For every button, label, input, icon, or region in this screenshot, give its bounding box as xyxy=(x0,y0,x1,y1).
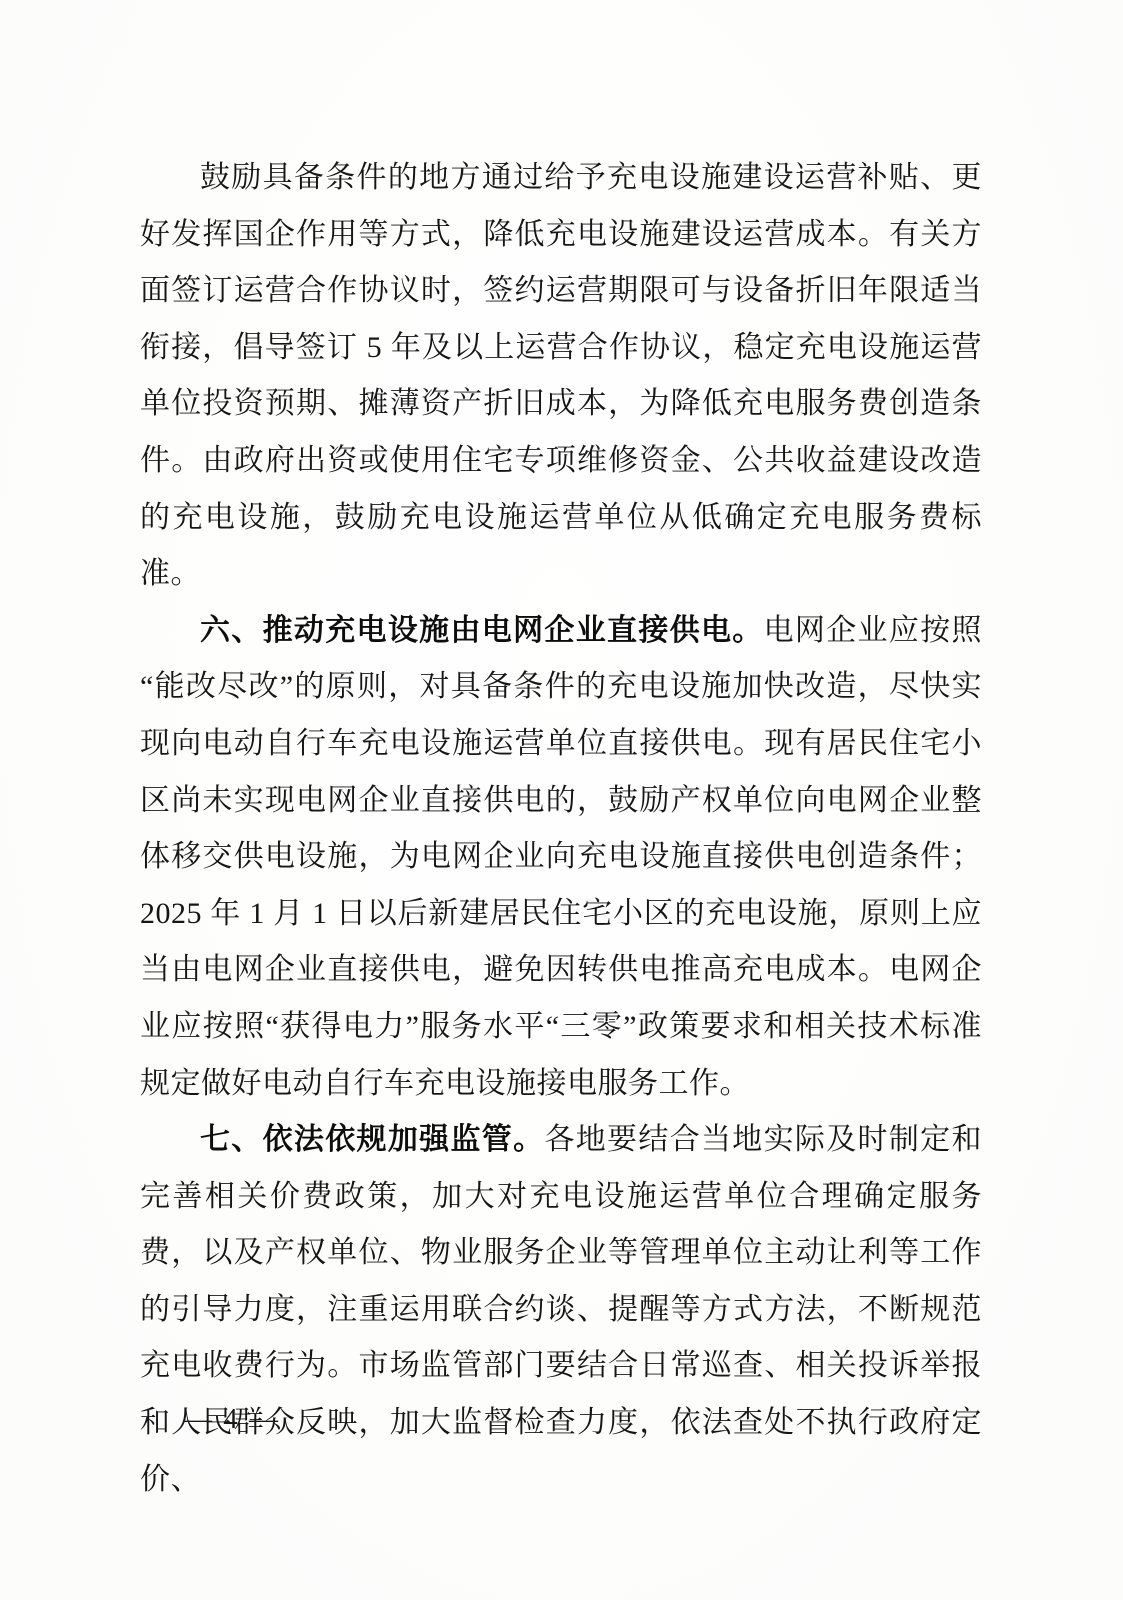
section-heading: 七、依法依规加强监管。 xyxy=(200,1123,544,1156)
text-segment: 鼓励具备条件的地方通过给予充电设施建设运营补贴、更好发挥国企作用等方式，降低充电… xyxy=(140,161,982,590)
paragraph: 六、推动充电设施由电网企业直接供电。电网企业应按照“能改尽改”的原则，对具备条件… xyxy=(140,603,982,1112)
text-segment: 电网企业应按照“能改尽改”的原则，对具备条件的充电设施加快改造，尽快实现向电动自… xyxy=(140,614,982,1100)
document-body: 鼓励具备条件的地方通过给予充电设施建设运营补贴、更好发挥国企作用等方式，降低充电… xyxy=(140,150,982,1508)
paragraph: 鼓励具备条件的地方通过给予充电设施建设运营补贴、更好发挥国企作用等方式，降低充电… xyxy=(140,150,982,603)
section-heading: 六、推动充电设施由电网企业直接供电。 xyxy=(200,614,764,647)
document-page: 鼓励具备条件的地方通过给予充电设施建设运营补贴、更好发挥国企作用等方式，降低充电… xyxy=(0,0,1123,1600)
paragraph: 七、依法依规加强监管。各地要结合当地实际及时制定和完善相关价费政策，加大对充电设… xyxy=(140,1112,982,1508)
text-segment: 各地要结合当地实际及时制定和完善相关价费政策，加大对充电设施运营单位合理确定服务… xyxy=(140,1123,982,1496)
page-number: — 4 — xyxy=(183,1403,280,1435)
